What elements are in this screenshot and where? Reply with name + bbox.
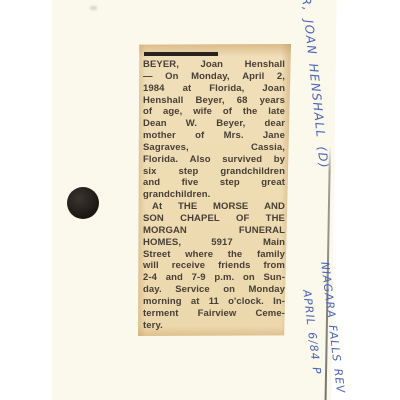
obituary-text: BEYER,JoanHenshall—OnMonday,April2,1984a…: [143, 59, 285, 331]
clipping-line: Florida.Alsosurvivedby: [143, 154, 285, 166]
clipping-line: —OnMonday,April2,: [143, 71, 285, 83]
clipping-line: ofage,wifeofthelate: [143, 106, 285, 118]
clipping-line: BEYER,JoanHenshall: [143, 59, 285, 71]
smudge-mark: [90, 6, 97, 10]
clipping-line: SONCHAPELOFTHE: [143, 213, 285, 225]
clipping-line: Sagraves,Cassia,: [143, 142, 285, 154]
clipping-line: AtTHEMORSEAND: [143, 201, 285, 213]
hole-punch-dot: [67, 187, 99, 219]
clipping-line: morningat11o'clock.In-: [143, 296, 285, 308]
clipping-line: sixstepgrandchildren: [143, 166, 285, 178]
clipping-line: day.ServiceonMonday: [143, 284, 285, 296]
clipping-line: grandchildren.: [143, 189, 285, 201]
obituary-clipping: BEYER,JoanHenshall—OnMonday,April2,1984a…: [138, 44, 291, 336]
clipping-line: termentFairviewCeme-: [143, 308, 285, 320]
clipping-line: motherofMrs.Jane: [143, 130, 285, 142]
column-divider-rule: [144, 52, 218, 56]
clipping-line: andfivestepgreat: [143, 177, 285, 189]
clipping-line: HOMES,5917Main: [143, 237, 285, 249]
clipping-line: HenshallBeyer,68years: [143, 95, 285, 107]
clipping-line: Streetwherethefamily: [143, 249, 285, 261]
clipping-line: 2-4and7-9p.m.onSun-: [143, 272, 285, 284]
clipping-line: MORGANFUNERAL: [143, 225, 285, 237]
clipping-line: DeanW.Beyer,dear: [143, 118, 285, 130]
clipping-line: 1984atFlorida,Joan: [143, 83, 285, 95]
clipping-line: willreceivefriendsfrom: [143, 260, 285, 272]
clipping-line: tery.: [143, 320, 285, 332]
